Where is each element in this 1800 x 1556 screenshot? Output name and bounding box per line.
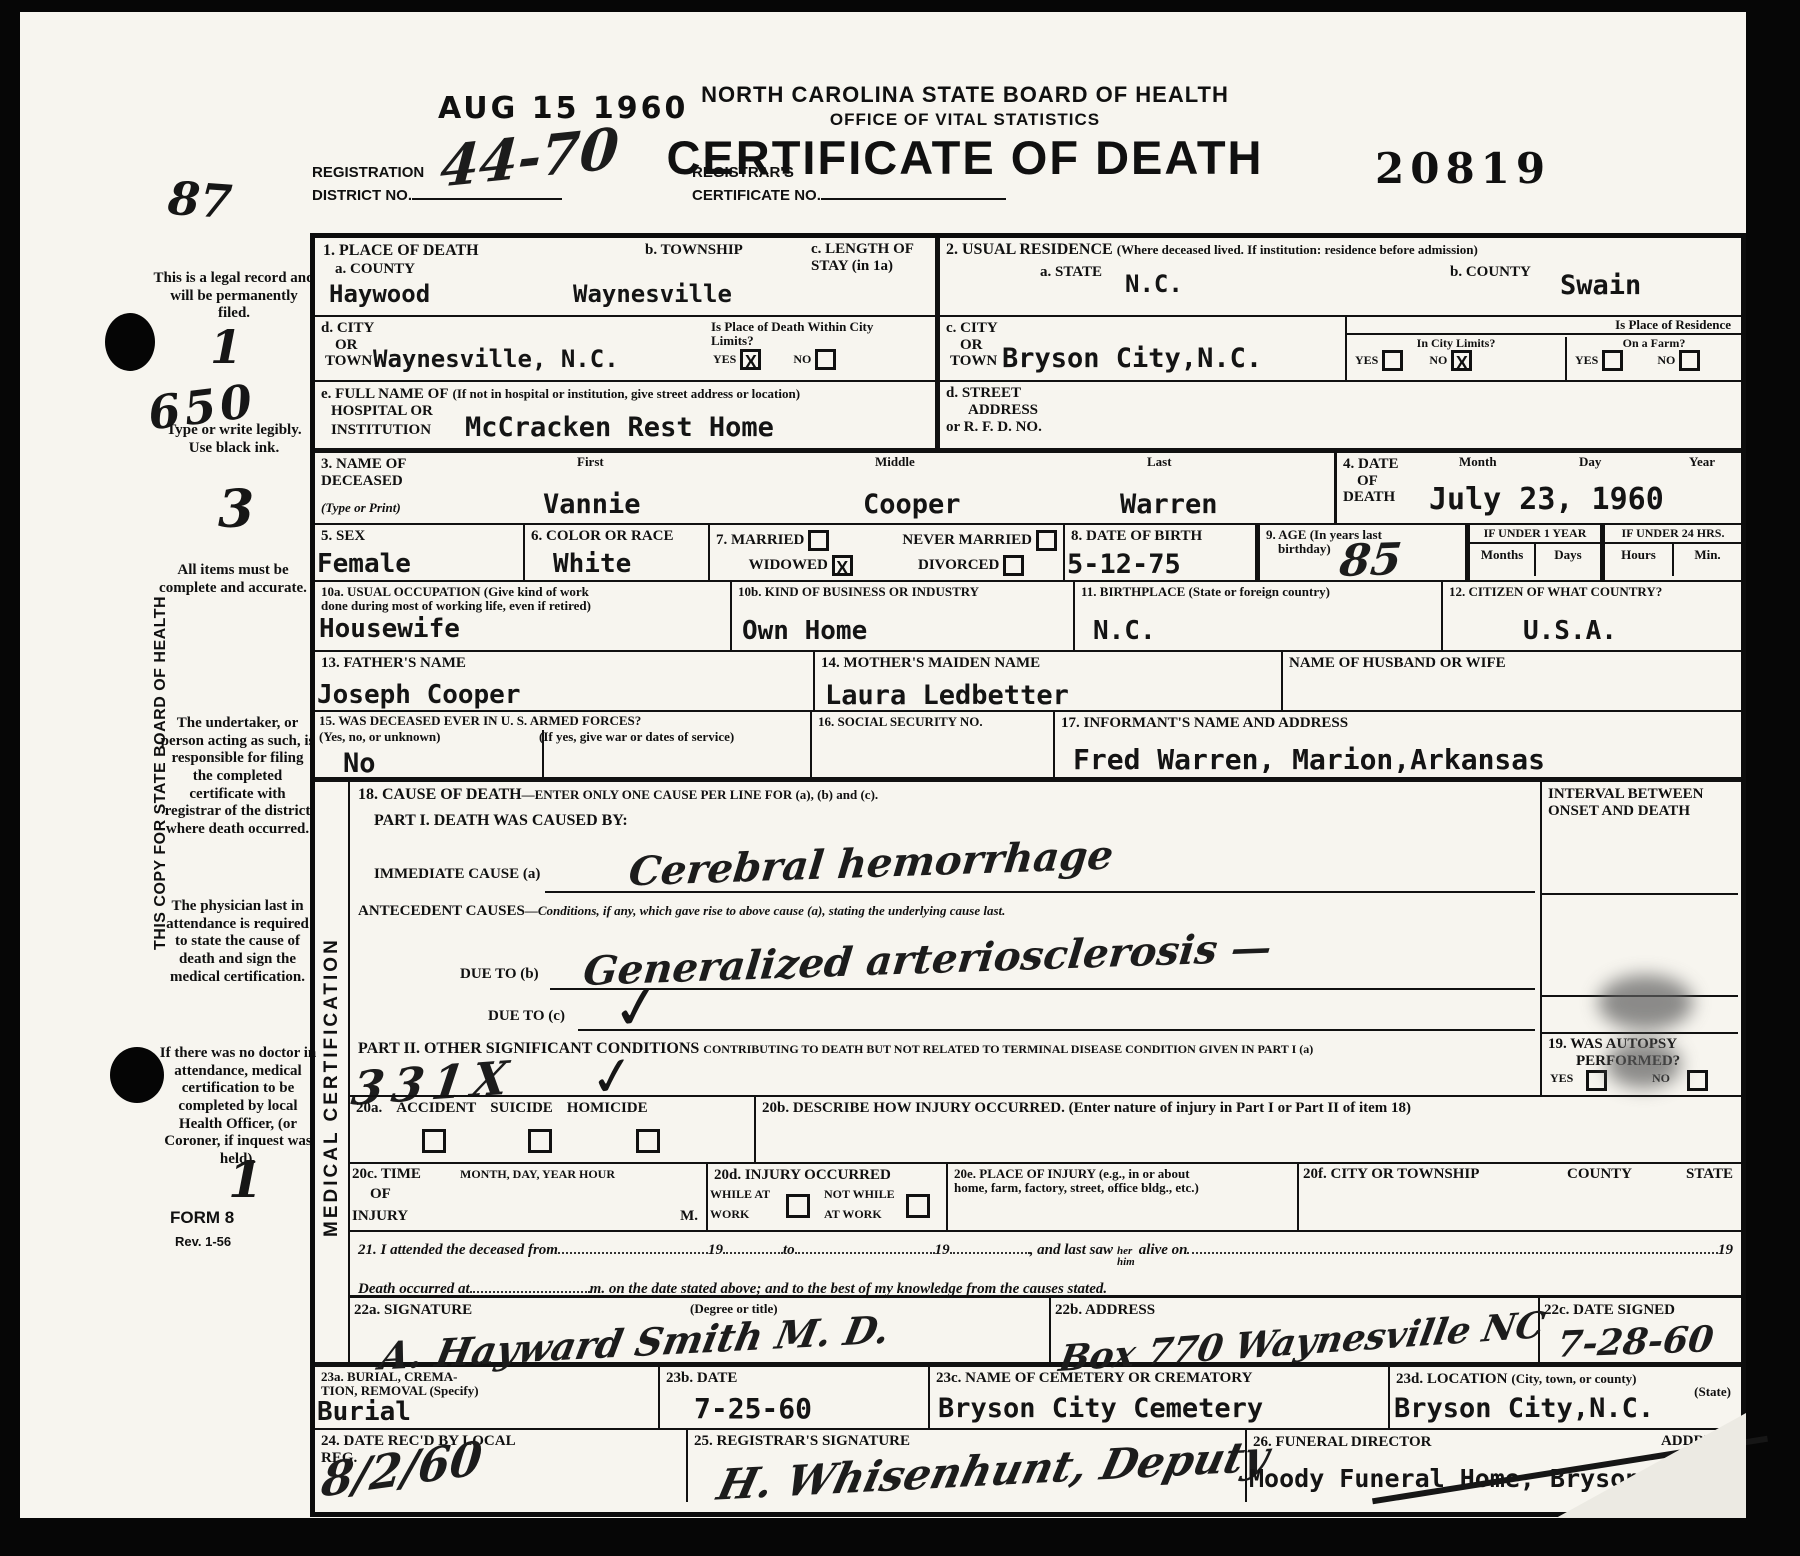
board-name: NORTH CAROLINA STATE BOARD OF HEALTH: [465, 82, 1465, 108]
place-of-death-title: 1. PLACE OF DEATH: [323, 242, 479, 260]
death-limits-yes-checkbox: X: [740, 349, 761, 370]
interval-label-2: ONSET AND DEATH: [1542, 803, 1738, 820]
medical-certification-vertical-label: MEDICAL CERTIFICATION: [321, 937, 343, 1237]
attended-blank-1: [558, 1238, 708, 1254]
occupation-value: Housewife: [319, 616, 460, 642]
usual-residence-title: 2. USUAL RESIDENCE: [946, 241, 1113, 258]
registrar-line2-text: Certificate No.: [692, 187, 821, 204]
while-at-work-label-2: WORK: [710, 1208, 749, 1221]
field-birthplace: 11. BIRTHPLACE (State or foreign country…: [1075, 582, 1443, 650]
cemetery-value: Bryson City Cemetery: [938, 1395, 1263, 1422]
antecedent-label: ANTECEDENT CAUSES: [358, 903, 525, 919]
burial-date-label: 23b. DATE: [666, 1370, 922, 1387]
street-label-2: ADDRESS: [946, 402, 1735, 419]
form-number: FORM 8: [170, 1208, 234, 1228]
street-label-1: d. STREET: [946, 385, 1735, 402]
forces-paren-1: (Yes, no, or unknown): [319, 730, 538, 744]
father-label: 13. FATHER'S NAME: [321, 655, 807, 672]
forces-value: No: [343, 750, 376, 777]
signature-label: 22a. SIGNATURE: [354, 1302, 472, 1319]
divorced-checkbox: [1003, 555, 1024, 576]
residence-limits-header-text: Is Place of Residence: [1615, 317, 1731, 332]
part2-rest: CONTRIBUTING TO DEATH BUT NOT RELATED TO…: [703, 1042, 1313, 1056]
death-occurred-blank: [470, 1278, 590, 1294]
due-b-label: DUE TO (b): [460, 966, 539, 983]
attended-blank-5: [1187, 1238, 1718, 1254]
citizen-label: 12. CITIZEN OF WHAT COUNTRY?: [1449, 585, 1735, 599]
death-limits-question-1: Is Place of Death Within City: [711, 320, 929, 334]
scan-smudge-2: [1606, 1040, 1681, 1088]
township-label: b. TOWNSHIP: [645, 242, 743, 259]
institution-label-3: INSTITUTION: [331, 422, 431, 439]
immediate-cause-label: IMMEDIATE CAUSE (a): [374, 866, 540, 883]
field-death-city-limits: Is Place of Death Within City Limits? YE…: [705, 317, 940, 380]
race-value: White: [553, 551, 631, 577]
attended-year-2: 19: [935, 1242, 950, 1259]
field-armed-forces: 15. WAS DECEASED EVER IN U. S. ARMED FOR…: [315, 712, 812, 777]
medical-certification-strip: MEDICAL CERTIFICATION: [315, 782, 350, 1362]
death-limits-question-2: Limits?: [711, 334, 929, 348]
never-married-label: NEVER MARRIED: [902, 532, 1032, 548]
attended-text-4: alive on: [1139, 1242, 1188, 1259]
field-mother: 14. MOTHER'S MAIDEN NAME Laura Ledbetter: [815, 652, 1283, 710]
death-limits-yes-label: YES: [713, 352, 736, 366]
days-label: Days: [1536, 544, 1600, 576]
time-injury-label-2: OF: [370, 1186, 391, 1203]
while-at-work-checkbox: [786, 1194, 810, 1218]
death-limits-no-checkbox: [815, 349, 836, 370]
date-signed-value: 7-28-60: [1556, 1321, 1716, 1362]
occupation-label-2: done during most of working life, even i…: [321, 599, 724, 613]
row-attended: 21. I attended the deceased from19to19, …: [350, 1230, 1741, 1297]
scanned-death-certificate: { "stamp_date": "AUG 15 1960", "cert_num…: [0, 0, 1800, 1556]
field-spouse: NAME OF HUSBAND OR WIFE: [1283, 652, 1741, 710]
field-age: 9. AGE (In years last birthday) 85: [1260, 525, 1470, 580]
attended-year-1: 19: [708, 1242, 723, 1259]
field-place-of-death: 1. PLACE OF DEATH b. TOWNSHIP a. COUNTY …: [315, 238, 805, 315]
field-time-of-injury: 20c. TIME MONTH, DAY, YEAR HOUR OF INJUR…: [350, 1164, 708, 1232]
registrar-certificate-blank: [821, 183, 1006, 200]
autopsy-no-checkbox: [1687, 1070, 1708, 1091]
him-label: him: [1117, 1257, 1135, 1268]
dob-value: 5-12-75: [1067, 551, 1181, 578]
field-signature: 22a. SIGNATURE (Degree or title) A. Hayw…: [350, 1298, 1051, 1362]
min-label: Min.: [1674, 544, 1741, 576]
injury-city-label: 20f. CITY OR TOWNSHIP: [1303, 1166, 1479, 1183]
incity-no-mark: X: [1456, 353, 1468, 373]
burial-date-value: 7-25-60: [694, 1395, 812, 1423]
registration-district-value: 44-70: [439, 120, 621, 195]
margin-note-legal: This is a legal record and will be perma…: [153, 270, 315, 323]
attended-text-1: 21. I attended the deceased from: [358, 1242, 558, 1259]
county-label: a. COUNTY: [335, 261, 415, 278]
mother-value: Laura Ledbetter: [825, 682, 1069, 709]
row-forces-ssn-informant: 15. WAS DECEASED EVER IN U. S. ARMED FOR…: [315, 712, 1741, 782]
field-cemetery: 23c. NAME OF CEMETERY OR CREMATORY Bryso…: [930, 1367, 1390, 1428]
accident-label: ACCIDENT: [396, 1100, 476, 1117]
field-date-of-birth: 8. DATE OF BIRTH 5-12-75: [1065, 525, 1260, 580]
field-father: 13. FATHER'S NAME Joseph Cooper: [315, 652, 815, 710]
incity-no-label: NO: [1429, 353, 1447, 367]
residence-city-label-1: c. CITY: [946, 320, 1339, 337]
race-label: 6. COLOR OR RACE: [531, 528, 702, 545]
sex-label: 5. SEX: [321, 528, 517, 545]
township-value: Waynesville: [573, 282, 732, 306]
antecedent-rest: —Conditions, if any, which gave rise to …: [525, 903, 1006, 918]
location-label: 23d. LOCATION: [1396, 1371, 1507, 1387]
row-occupation: 10a. USUAL OCCUPATION (Give kind of work…: [315, 582, 1741, 652]
field-death-city: d. CITY OR TOWN Waynesville, N.C.: [315, 317, 705, 380]
field-institution: e. FULL NAME OF (If not in hospital or i…: [315, 382, 940, 448]
stay-label-1: c. LENGTH OF: [811, 241, 929, 258]
death-limits-yes-mark: X: [745, 352, 757, 372]
place-injury-label-1: 20e. PLACE OF INJURY (e.g., in or about: [954, 1167, 1291, 1181]
field-marital-status: 7. MARRIED NEVER MARRIED WIDOWED X DIVOR…: [710, 525, 1065, 580]
incity-no-checkbox: X: [1451, 350, 1472, 371]
field-length-of-stay: c. LENGTH OF STAY (in 1a): [805, 238, 940, 315]
death-city-value: Waynesville, N.C.: [373, 347, 619, 371]
death-limits-no-label: NO: [793, 352, 811, 366]
interval-rule-a: [1542, 893, 1738, 895]
institution-value: McCracken Rest Home: [465, 414, 774, 441]
medical-certification-block: MEDICAL CERTIFICATION INTERVAL BETWEEN O…: [315, 782, 1741, 1367]
registration-district-line2-text: District No.: [312, 187, 412, 204]
middle-name-value: Cooper: [863, 491, 961, 518]
forces-paren-2: (If yes, give war or dates of service): [539, 730, 806, 744]
field-burial-date: 23b. DATE 7-25-60: [660, 1367, 930, 1428]
residence-state-label: a. STATE: [1040, 264, 1102, 281]
residence-city-value: Bryson City,N.C.: [1002, 345, 1262, 372]
field-race: 6. COLOR OR RACE White: [525, 525, 710, 580]
burial-value: Burial: [317, 1399, 411, 1425]
forces-left: (Yes, no, or unknown) No: [315, 730, 544, 777]
due-b-value: Generalized arteriosclerosis —: [581, 928, 1273, 992]
spouse-label: NAME OF HUSBAND OR WIFE: [1289, 655, 1735, 672]
dob-label: 8. DATE OF BIRTH: [1071, 528, 1249, 545]
signer-address-label: 22b. ADDRESS: [1055, 1302, 1155, 1319]
margin-note-complete: All items must be complete and accurate.: [153, 562, 313, 597]
widowed-mark: X: [836, 558, 848, 578]
burial-label-1: 23a. BURIAL, CREMA-: [321, 1370, 652, 1384]
business-value: Own Home: [742, 618, 867, 644]
divorced-label: DIVORCED: [918, 557, 999, 573]
field-usual-residence: 2. USUAL RESIDENCE (Where deceased lived…: [940, 238, 1741, 315]
field-place-of-injury: 20e. PLACE OF INJURY (e.g., in or about …: [948, 1164, 1299, 1232]
months-label: Months: [1470, 544, 1536, 576]
field-date-of-death: 4. DATE OF DEATH Month Day Year July 23,…: [1337, 453, 1741, 523]
her-him-stack: herhim: [1113, 1246, 1139, 1268]
certificate-number: 20819: [1375, 144, 1551, 193]
row-institution-street: e. FULL NAME OF (If not in hospital or i…: [315, 382, 1741, 453]
location-paren: (City, town, or county): [1511, 1371, 1636, 1386]
location-state-paren: (State): [1694, 1385, 1731, 1399]
row-20cf: 20c. TIME MONTH, DAY, YEAR HOUR OF INJUR…: [350, 1162, 1741, 1232]
cause-title: 18. CAUSE OF DEATH: [358, 786, 522, 803]
last-name-label: Last: [1147, 455, 1172, 469]
row-parents: 13. FATHER'S NAME Joseph Cooper 14. MOTH…: [315, 652, 1741, 712]
occupation-label-1: 10a. USUAL OCCUPATION (Give kind of work: [321, 585, 724, 599]
injury-occurred-label: 20d. INJURY OCCURRED: [714, 1167, 940, 1184]
signature-value: A. Hayward Smith M. D.: [377, 1310, 893, 1375]
certificate-form: 1. PLACE OF DEATH b. TOWNSHIP a. COUNTY …: [310, 233, 1746, 1517]
row-registrar: 24. DATE REC'D BY LOCAL REG. 8/2/60 25. …: [315, 1430, 1741, 1502]
farm-no-label: NO: [1657, 353, 1675, 367]
forces-label: 15. WAS DECEASED EVER IN U. S. ARMED FOR…: [315, 712, 810, 728]
incity-yes-label: YES: [1355, 353, 1378, 367]
father-value: Joseph Cooper: [317, 682, 521, 708]
widowed-label: WIDOWED: [749, 557, 828, 573]
certificate-paper: THIS COPY FOR STATE BOARD OF HEALTH 87 T…: [20, 12, 1746, 1518]
widowed-checkbox: X: [832, 555, 853, 576]
farm-question: On a Farm?: [1567, 337, 1741, 350]
field-signer-address: 22b. ADDRESS Box 770 Waynesville NC: [1051, 1298, 1540, 1362]
dod-label-3: DEATH: [1343, 489, 1395, 506]
date-signed-label: 22c. DATE SIGNED: [1544, 1302, 1675, 1319]
field-residence-city: c. CITY OR TOWN Bryson City,N.C.: [940, 317, 1345, 380]
attended-blank-3: [795, 1238, 935, 1254]
dod-value: July 23, 1960: [1429, 485, 1664, 515]
margin-handwritten-3: 3: [218, 484, 254, 536]
ssn-label: 16. SOCIAL SECURITY NO.: [818, 715, 1047, 729]
cause-of-death-area: 18. CAUSE OF DEATH—ENTER ONLY ONE CAUSE …: [350, 782, 1540, 1095]
margin-note-undertaker: The undertaker, or person acting as such…: [160, 715, 315, 839]
field-burial-type: 23a. BURIAL, CREMA- TION, REMOVAL (Speci…: [315, 1367, 660, 1428]
farm-yes-label: YES: [1575, 353, 1598, 367]
row-burial: 23a. BURIAL, CREMA- TION, REMOVAL (Speci…: [315, 1367, 1741, 1430]
row-city-town: d. CITY OR TOWN Waynesville, N.C. Is Pla…: [315, 317, 1741, 382]
married-checkbox: [808, 530, 829, 551]
farm-yes-checkbox: [1602, 350, 1623, 371]
business-label: 10b. KIND OF BUSINESS OR INDUSTRY: [738, 585, 1067, 599]
residence-city-label-3: TOWN: [950, 353, 997, 370]
field-under-one-year: IF UNDER 1 YEAR Months Days: [1470, 525, 1605, 580]
autopsy-yes-label: YES: [1550, 1072, 1573, 1085]
never-married-checkbox: [1036, 530, 1057, 551]
name-title-1: 3. NAME OF: [321, 456, 1328, 473]
immediate-cause-value: Cerebral hemorrhage: [627, 836, 1115, 893]
margin-note-physician: The physician last in attendance is requ…: [160, 898, 315, 986]
field-sex: 5. SEX Female: [315, 525, 525, 580]
homicide-checkbox: [636, 1129, 660, 1153]
row-place-residence-top: 1. PLACE OF DEATH b. TOWNSHIP a. COUNTY …: [315, 238, 1741, 317]
due-c-checkmark: ✓: [608, 975, 666, 1041]
attended-blank-4: [950, 1238, 1030, 1254]
interval-label-1: INTERVAL BETWEEN: [1542, 782, 1738, 803]
not-while-label-1: NOT WHILE: [824, 1188, 895, 1201]
place-injury-label-2: home, farm, factory, street, office bldg…: [954, 1181, 1291, 1195]
institution-paren: (If not in hospital or institution, give…: [453, 386, 801, 401]
death-city-label-3: TOWN: [325, 353, 372, 370]
row-name-dateofdeath: 3. NAME OF DECEASED (Type or Print) Firs…: [315, 453, 1741, 525]
field-20a-number: 20a.: [356, 1100, 382, 1117]
field-residence-limits: Is Place of Residence In City Limits? YE…: [1345, 317, 1741, 380]
informant-value: Fred Warren, Marion,Arkansas: [1073, 746, 1545, 774]
field-injury-occurred: 20d. INJURY OCCURRED WHILE AT WORK NOT W…: [708, 1164, 948, 1232]
part1-label: PART I. DEATH WAS CAUSED BY:: [350, 804, 1540, 830]
field-informant: 17. INFORMANT'S NAME AND ADDRESS Fred Wa…: [1055, 712, 1741, 777]
margin-handwritten-87: 87: [166, 175, 233, 225]
age-value: 85: [1338, 538, 1404, 584]
dod-label-1: 4. DATE: [1343, 456, 1735, 473]
first-name-value: Vannie: [543, 491, 641, 518]
residence-state-value: N.C.: [1125, 272, 1183, 296]
registrar-certificate-label: Registrar's Certificate No.: [692, 164, 1006, 206]
while-at-work-label-1: WHILE AT: [710, 1188, 770, 1201]
margin-handwritten-1b: 1: [228, 1155, 263, 1205]
due-c-rule: [578, 1029, 1535, 1031]
death-limits-answers: YES X NO: [713, 349, 836, 370]
institution-label-1: e. FULL NAME OF: [321, 386, 449, 402]
informant-label: 17. INFORMANT'S NAME AND ADDRESS: [1061, 715, 1735, 732]
row-sex-race-marital: 5. SEX Female 6. COLOR OR RACE White 7. …: [315, 525, 1741, 582]
field-ssn: 16. SOCIAL SECURITY NO.: [812, 712, 1055, 777]
birthplace-label: 11. BIRTHPLACE (State or foreign country…: [1081, 585, 1435, 599]
county-value: Haywood: [329, 282, 430, 306]
part2-label: PART II. OTHER SIGNIFICANT CONDITIONS: [358, 1040, 699, 1057]
dod-month-label: Month: [1459, 455, 1497, 469]
married-label: 7. MARRIED: [716, 532, 804, 548]
dod-day-label: Day: [1579, 455, 1601, 469]
birthplace-value: N.C.: [1093, 618, 1156, 644]
injury-county-label: COUNTY: [1567, 1166, 1632, 1183]
time-injury-label-3: INJURY: [352, 1208, 408, 1225]
homicide-label: HOMICIDE: [567, 1100, 648, 1117]
usual-residence-paren: (Where deceased lived. If institution: r…: [1117, 242, 1478, 257]
stay-label-2: STAY (in 1a): [811, 258, 929, 275]
registrar-line2: Certificate No.: [692, 183, 1006, 206]
registrar-line1: Registrar's: [692, 164, 1006, 183]
farm-no-checkbox: [1679, 350, 1700, 371]
name-title-2: DECEASED: [321, 473, 1328, 490]
injury-state-label: STATE: [1686, 1166, 1733, 1183]
form-revision: Rev. 1-56: [175, 1234, 231, 1249]
funeral-director-label: 26. FUNERAL DIRECTOR: [1253, 1434, 1432, 1450]
middle-name-label: Middle: [875, 455, 915, 469]
scan-smudge-1: [1598, 975, 1693, 1030]
her-label: her: [1117, 1246, 1135, 1257]
not-while-label-2: AT WORK: [824, 1208, 882, 1221]
field-date-signed: 22c. DATE SIGNED 7-28-60: [1540, 1298, 1741, 1362]
field-occupation: 10a. USUAL OCCUPATION (Give kind of work…: [315, 582, 732, 650]
row-signature: 22a. SIGNATURE (Degree or title) A. Hayw…: [350, 1295, 1741, 1362]
attended-year-3: 19: [1718, 1242, 1733, 1259]
field-citizen: 12. CITIZEN OF WHAT COUNTRY? U.S.A.: [1443, 582, 1741, 650]
attended-text-2: to: [783, 1242, 795, 1259]
field-street-address: d. STREET ADDRESS or R. F. D. NO.: [940, 382, 1741, 448]
time-injury-m-label: M.: [680, 1208, 698, 1225]
not-while-checkbox: [906, 1194, 930, 1218]
hole-punch-top: [105, 313, 155, 371]
field-under-24-hours: IF UNDER 24 HRS. Hours Min.: [1605, 525, 1741, 580]
margin-handwritten-1: 1: [210, 324, 242, 370]
cemetery-label: 23c. NAME OF CEMETERY OR CREMATORY: [936, 1370, 1382, 1387]
death-city-label-1: d. CITY: [321, 320, 699, 337]
under1-header: IF UNDER 1 YEAR: [1470, 525, 1600, 544]
time-injury-label-1: 20c. TIME: [352, 1166, 421, 1183]
street-label-3: or R. F. D. NO.: [946, 419, 1735, 436]
residence-limits-header: Is Place of Residence: [1347, 317, 1741, 335]
hole-punch-bottom: [110, 1047, 164, 1103]
field-accident-suicide-homicide: 20a. ACCIDENT SUICIDE HOMICIDE: [350, 1097, 756, 1164]
citizen-value: U.S.A.: [1523, 618, 1617, 644]
row-20ab: 20a. ACCIDENT SUICIDE HOMICIDE 20b. DESC…: [350, 1095, 1741, 1164]
field-registrar-signature: 25. REGISTRAR'S SIGNATURE H. Whisenhunt,…: [688, 1430, 1247, 1502]
last-name-value: Warren: [1120, 491, 1218, 518]
due-c-label: DUE TO (c): [488, 1008, 565, 1025]
residence-incity-group: In City Limits? YES NO X: [1347, 337, 1565, 371]
name-paren: (Type or Print): [321, 501, 401, 515]
field-cemetery-location: 23d. LOCATION (City, town, or county) (S…: [1390, 1367, 1741, 1428]
suicide-checkbox: [528, 1129, 552, 1153]
attended-text-3: , and last saw: [1030, 1242, 1113, 1259]
field-how-injury-occurred: 20b. DESCRIBE HOW INJURY OCCURRED. (Ente…: [756, 1097, 1741, 1164]
mother-label: 14. MOTHER'S MAIDEN NAME: [821, 655, 1275, 672]
incity-yes-checkbox: [1382, 350, 1403, 371]
sex-value: Female: [317, 551, 411, 577]
under24-header: IF UNDER 24 HRS.: [1605, 525, 1741, 544]
residence-county-value: Swain: [1560, 272, 1641, 299]
residence-county-label: b. COUNTY: [1450, 264, 1531, 281]
field-business: 10b. KIND OF BUSINESS OR INDUSTRY Own Ho…: [732, 582, 1075, 650]
accident-checkbox: [422, 1129, 446, 1153]
time-injury-sublabel: MONTH, DAY, YEAR HOUR: [460, 1168, 615, 1181]
suicide-label: SUICIDE: [490, 1100, 553, 1117]
field-date-received: 24. DATE REC'D BY LOCAL REG. 8/2/60: [315, 1430, 688, 1502]
field-injury-city: 20f. CITY OR TOWNSHIP COUNTY STATE: [1299, 1164, 1741, 1232]
hours-label: Hours: [1605, 544, 1674, 576]
how-injury-label: 20b. DESCRIBE HOW INJURY OCCURRED. (Ente…: [762, 1100, 1735, 1117]
attended-blank-2: [723, 1238, 783, 1254]
autopsy-yes-checkbox: [1586, 1070, 1607, 1091]
incity-question: In City Limits?: [1347, 337, 1565, 350]
cause-title-rest: —ENTER ONLY ONE CAUSE PER LINE FOR (a), …: [522, 787, 879, 802]
dod-year-label: Year: [1689, 455, 1715, 469]
margin-note-type: Type or write legibly. Use black ink.: [158, 422, 310, 457]
first-name-label: First: [577, 455, 604, 469]
location-value: Bryson City,N.C.: [1394, 1395, 1654, 1422]
residence-farm-group: On a Farm? YES NO: [1565, 337, 1741, 380]
field-name-of-deceased: 3. NAME OF DECEASED (Type or Print) Firs…: [315, 453, 1337, 523]
